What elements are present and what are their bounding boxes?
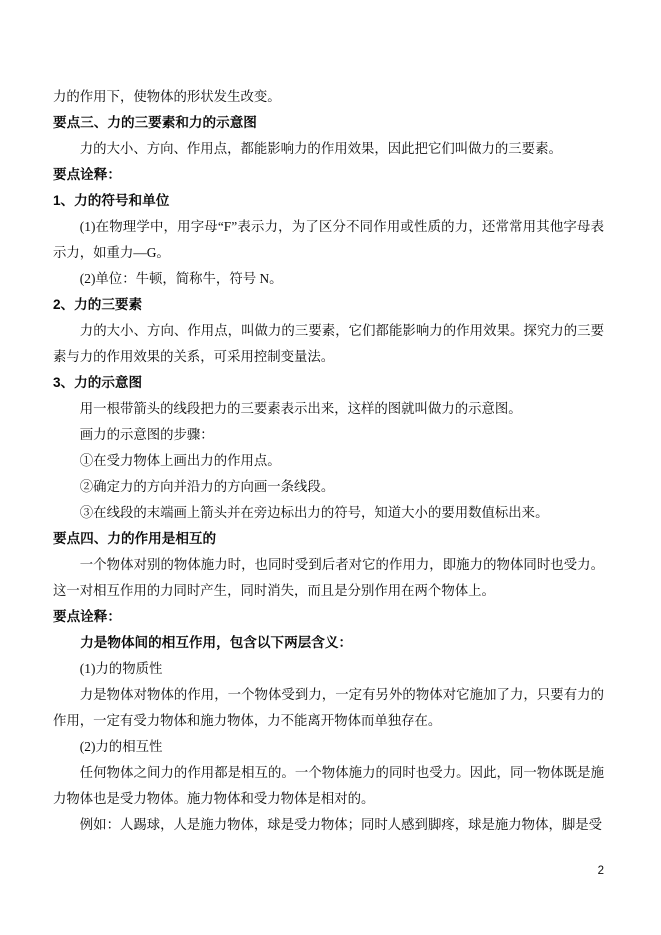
paragraph-materiality-label: (1)力的物质性 — [53, 656, 604, 682]
paragraph-mutuality-label: (2)力的相互性 — [53, 734, 604, 760]
heading-keypoint-four: 要点四、力的作用是相互的 — [53, 526, 604, 552]
paragraph-diagram-step-2: ②确定力的方向并沿力的方向画一条线段。 — [53, 474, 604, 500]
paragraph-mutuality-detail: 任何物体之间力的作用都是相互的。一个物体施力的同时也受力。因此，同一物体既是施力… — [53, 760, 604, 812]
page-number: 2 — [53, 863, 604, 879]
paragraph-deformation-continuation: 力的作用下，使物体的形状发生改变。 — [53, 84, 604, 110]
paragraph-three-elements-summary: 力的大小、方向、作用点，都能影响力的作用效果，因此把它们叫做力的三要素。 — [53, 136, 604, 162]
paragraph-diagram-steps-intro: 画力的示意图的步骤： — [53, 422, 604, 448]
paragraph-force-unit: (2)单位：牛顿，简称牛，符号 N。 — [53, 266, 604, 292]
paragraph-diagram-step-1: ①在受力物体上画出力的作用点。 — [53, 448, 604, 474]
paragraph-diagram-step-3: ③在线段的末端画上箭头并在旁边标出力的符号，知道大小的要用数值标出来。 — [53, 500, 604, 526]
heading-force-diagram: 3、力的示意图 — [53, 370, 604, 396]
paragraph-force-diagram-definition: 用一根带箭头的线段把力的三要素表示出来，这样的图就叫做力的示意图。 — [53, 396, 604, 422]
document-page: 力的作用下，使物体的形状发生改变。 要点三、力的三要素和力的示意图 力的大小、方… — [0, 0, 661, 935]
heading-three-elements: 2、力的三要素 — [53, 292, 604, 318]
document-body: 力的作用下，使物体的形状发生改变。 要点三、力的三要素和力的示意图 力的大小、方… — [53, 84, 604, 838]
heading-keypoint-three: 要点三、力的三要素和力的示意图 — [53, 110, 604, 136]
heading-key-notes-1: 要点诠释： — [53, 162, 604, 188]
heading-key-notes-2: 要点诠释： — [53, 604, 604, 630]
paragraph-materiality-detail: 力是物体对物体的作用，一个物体受到力，一定有另外的物体对它施加了力，只要有力的作… — [53, 682, 604, 734]
heading-force-symbol-unit: 1、力的符号和单位 — [53, 188, 604, 214]
subheading-two-meanings: 力是物体间的相互作用，包含以下两层含义： — [53, 630, 604, 656]
paragraph-force-symbol: (1)在物理学中，用字母“F”表示力，为了区分不同作用或性质的力，还常常用其他字… — [53, 214, 604, 266]
paragraph-example-kick-ball: 例如：人踢球，人是施力物体，球是受力物体；同时人感到脚疼，球是施力物体，脚是受 — [53, 812, 604, 838]
paragraph-three-elements-detail: 力的大小、方向、作用点，叫做力的三要素，它们都能影响力的作用效果。探究力的三要素… — [53, 318, 604, 370]
paragraph-mutual-force-intro: 一个物体对别的物体施力时，也同时受到后者对它的作用力，即施力的物体同时也受力。这… — [53, 552, 604, 604]
